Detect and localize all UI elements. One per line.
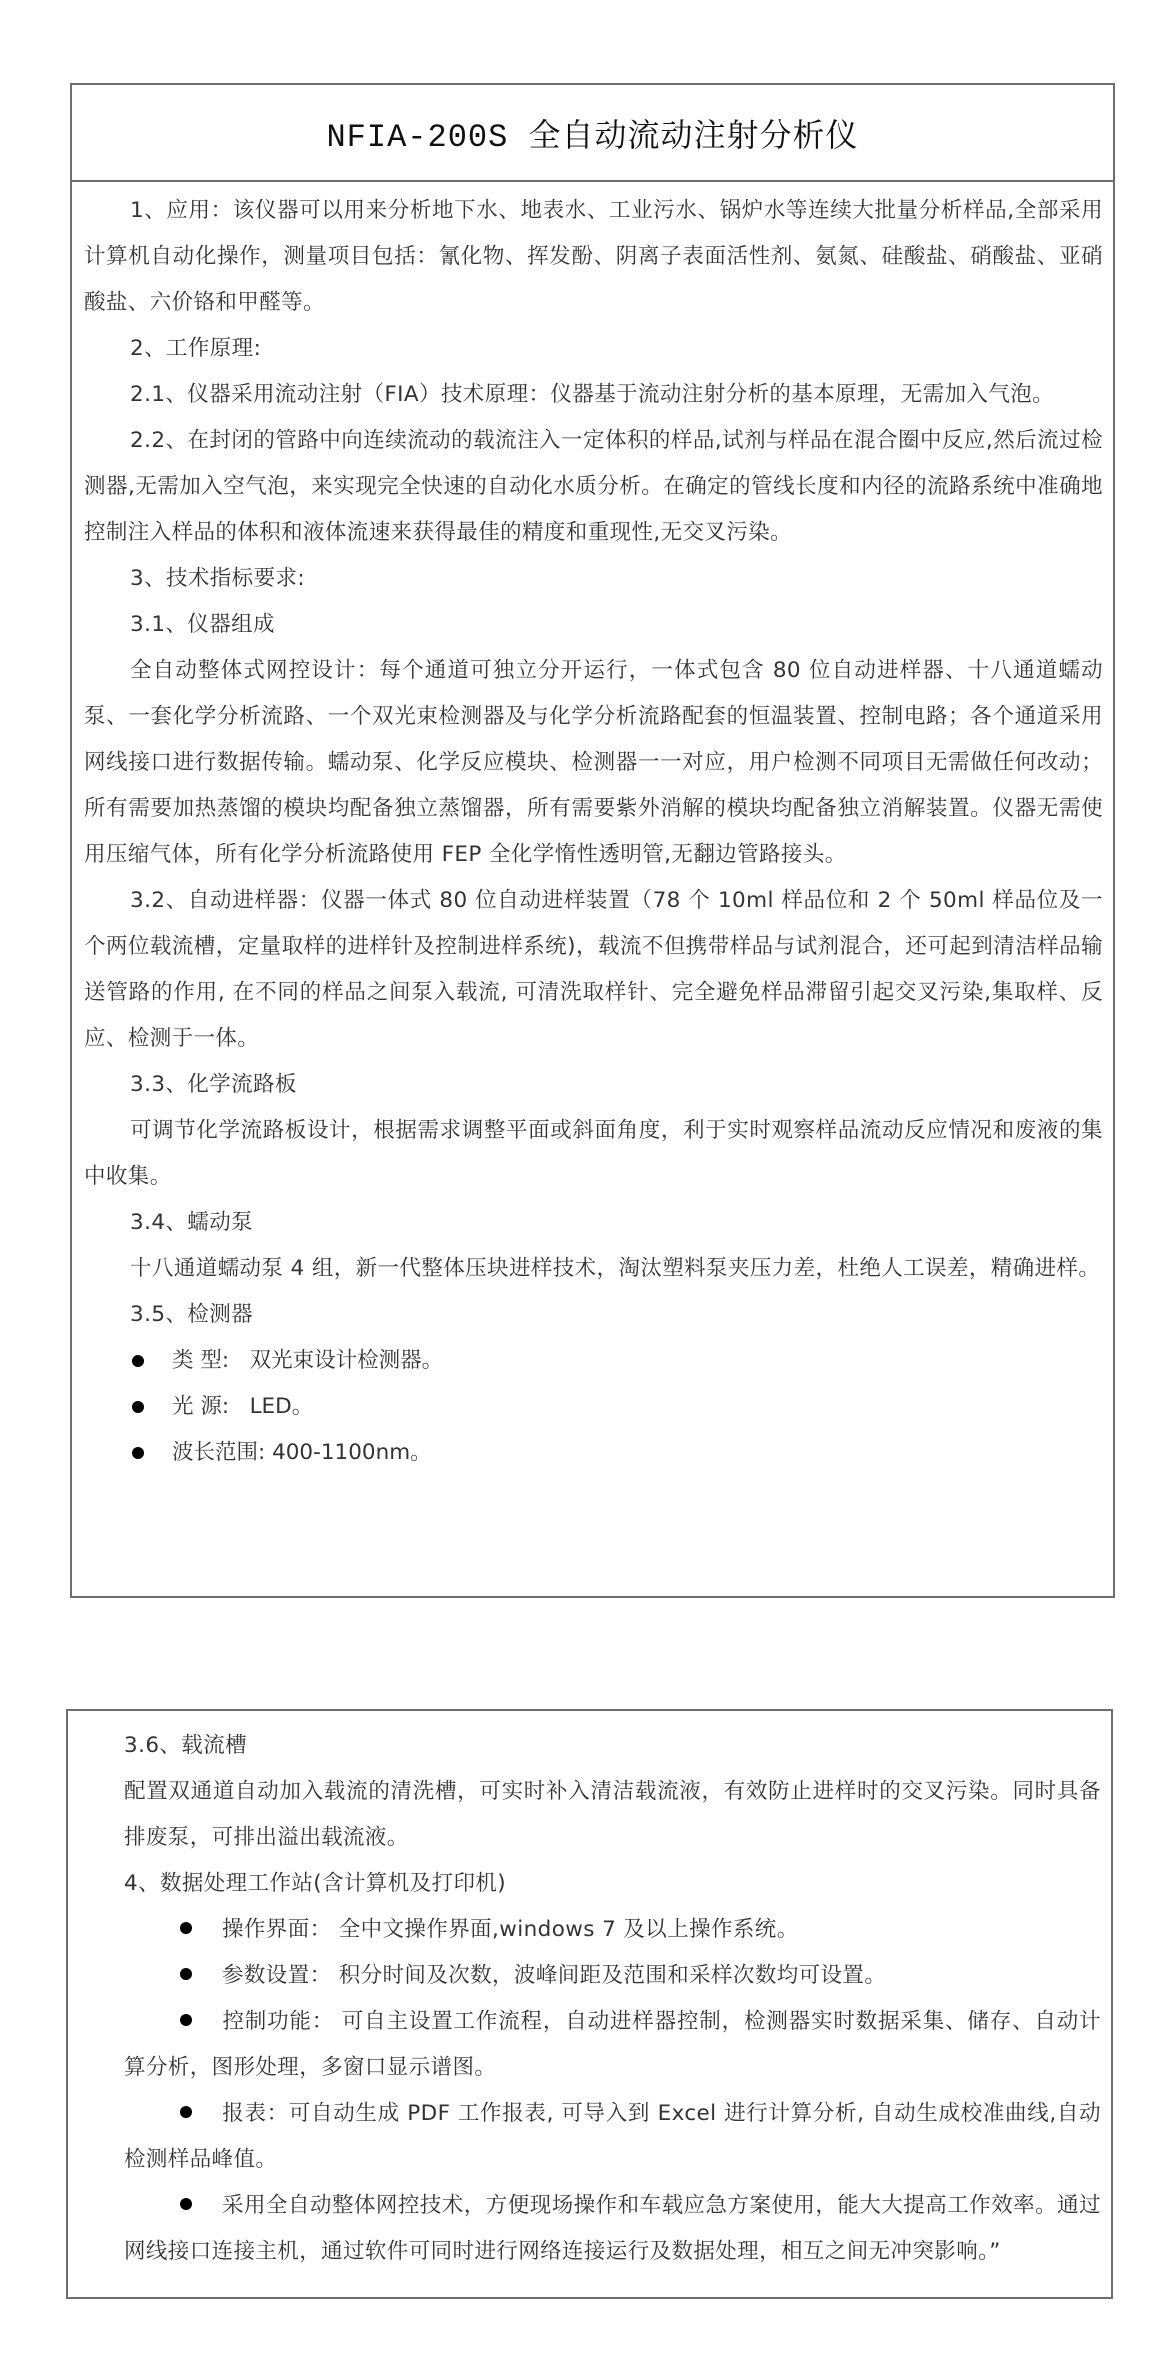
spec-box-page-2: 3.6、载流槽 配置双通道自动加入载流的清洗槽，可实时补入清洁载流液，有效防止进… <box>66 1709 1113 2299</box>
bullet-icon <box>180 2106 192 2118</box>
section-workstation-heading: 4、数据处理工作站(含计算机及打印机) <box>124 1861 1101 1907</box>
section-principle-2-2: 2.2、在封闭的管路中向连续流动的载流注入一定体积的样品,试剂与样品在混合圈中反… <box>84 418 1103 556</box>
title-row: NFIA-200S 全自动流动注射分析仪 <box>72 85 1113 182</box>
section-pump-body: 十八通道蠕动泵 4 组，新一代整体压块进样技术，淘汰塑料泵夹压力差，杜绝人工误差… <box>84 1246 1103 1292</box>
section-pump-heading: 3.4、蠕动泵 <box>84 1200 1103 1246</box>
workstation-item-network: 采用全自动整体网控技术，方便现场操作和车载应急方案使用，能大大提高工作效率。通过… <box>124 2183 1101 2275</box>
workstation-item-text: 参数设置： 积分时间及次数，波峰间距及范围和采样次数均可设置。 <box>222 1963 886 1988</box>
bullet-icon <box>132 1401 144 1413</box>
workstation-item-interface: 操作界面： 全中文操作界面,windows 7 及以上操作系统。 <box>124 1907 1101 1953</box>
section-composition-heading: 3.1、仪器组成 <box>84 602 1103 648</box>
detector-item-text: 波长范围: 400-1100nm。 <box>172 1430 432 1476</box>
bullet-icon <box>180 2198 192 2210</box>
document-title: NFIA-200S 全自动流动注射分析仪 <box>326 110 858 156</box>
workstation-item-parameters: 参数设置： 积分时间及次数，波峰间距及范围和采样次数均可设置。 <box>124 1953 1101 1999</box>
section-detector-heading: 3.5、检测器 <box>84 1292 1103 1338</box>
section-application: 1、应用：该仪器可以用来分析地下水、地表水、工业污水、锅炉水等连续大批量分析样品… <box>84 188 1103 326</box>
spec-content-1: 1、应用：该仪器可以用来分析地下水、地表水、工业污水、锅炉水等连续大批量分析样品… <box>72 182 1113 1476</box>
bullet-icon <box>180 2014 192 2026</box>
workstation-item-text: 采用全自动整体网控技术，方便现场操作和车载应急方案使用，能大大提高工作效率。通过… <box>124 2193 1101 2264</box>
section-carrier-tank-body: 配置双通道自动加入载流的清洗槽，可实时补入清洁载流液，有效防止进样时的交叉污染。… <box>124 1769 1101 1861</box>
section-composition-body: 全自动整体式网控设计：每个通道可独立分开运行，一体式包含 80 位自动进样器、十… <box>84 648 1103 878</box>
section-specs-heading: 3、技术指标要求: <box>84 556 1103 602</box>
detector-item-type: 类 型: 双光束设计检测器。 <box>84 1338 1103 1384</box>
section-autosampler: 3.2、自动进样器：仪器一体式 80 位自动进样装置（78 个 10ml 样品位… <box>84 878 1103 1062</box>
spec-box-page-1: NFIA-200S 全自动流动注射分析仪 1、应用：该仪器可以用来分析地下水、地… <box>70 83 1115 1598</box>
section-flow-board-body: 可调节化学流路板设计，根据需求调整平面或斜面角度，利于实时观察样品流动反应情况和… <box>84 1108 1103 1200</box>
workstation-item-text: 报表：可自动生成 PDF 工作报表, 可导入到 Excel 进行计算分析, 自动… <box>124 2101 1101 2172</box>
workstation-item-control: 控制功能： 可自主设置工作流程，自动进样器控制，检测器实时数据采集、储存、自动计… <box>124 1999 1101 2091</box>
detector-item-wavelength: 波长范围: 400-1100nm。 <box>84 1430 1103 1476</box>
bullet-icon <box>180 1922 192 1934</box>
detector-item-text: 光 源: LED。 <box>172 1384 313 1430</box>
section-principle-heading: 2、工作原理: <box>84 326 1103 372</box>
workstation-item-text: 操作界面： 全中文操作界面,windows 7 及以上操作系统。 <box>222 1917 799 1942</box>
bullet-icon <box>132 1447 144 1459</box>
workstation-item-text: 控制功能： 可自主设置工作流程，自动进样器控制，检测器实时数据采集、储存、自动计… <box>124 2009 1101 2080</box>
section-principle-2-1: 2.1、仪器采用流动注射（FIA）技术原理：仪器基于流动注射分析的基本原理，无需… <box>84 372 1103 418</box>
spec-content-2: 3.6、载流槽 配置双通道自动加入载流的清洗槽，可实时补入清洁载流液，有效防止进… <box>68 1711 1111 2275</box>
section-flow-board-heading: 3.3、化学流路板 <box>84 1062 1103 1108</box>
detector-item-source: 光 源: LED。 <box>84 1384 1103 1430</box>
section-carrier-tank-heading: 3.6、载流槽 <box>124 1723 1101 1769</box>
bullet-icon <box>132 1355 144 1367</box>
bullet-icon <box>180 1968 192 1980</box>
detector-item-text: 类 型: 双光束设计检测器。 <box>172 1338 443 1384</box>
workstation-item-report: 报表：可自动生成 PDF 工作报表, 可导入到 Excel 进行计算分析, 自动… <box>124 2091 1101 2183</box>
